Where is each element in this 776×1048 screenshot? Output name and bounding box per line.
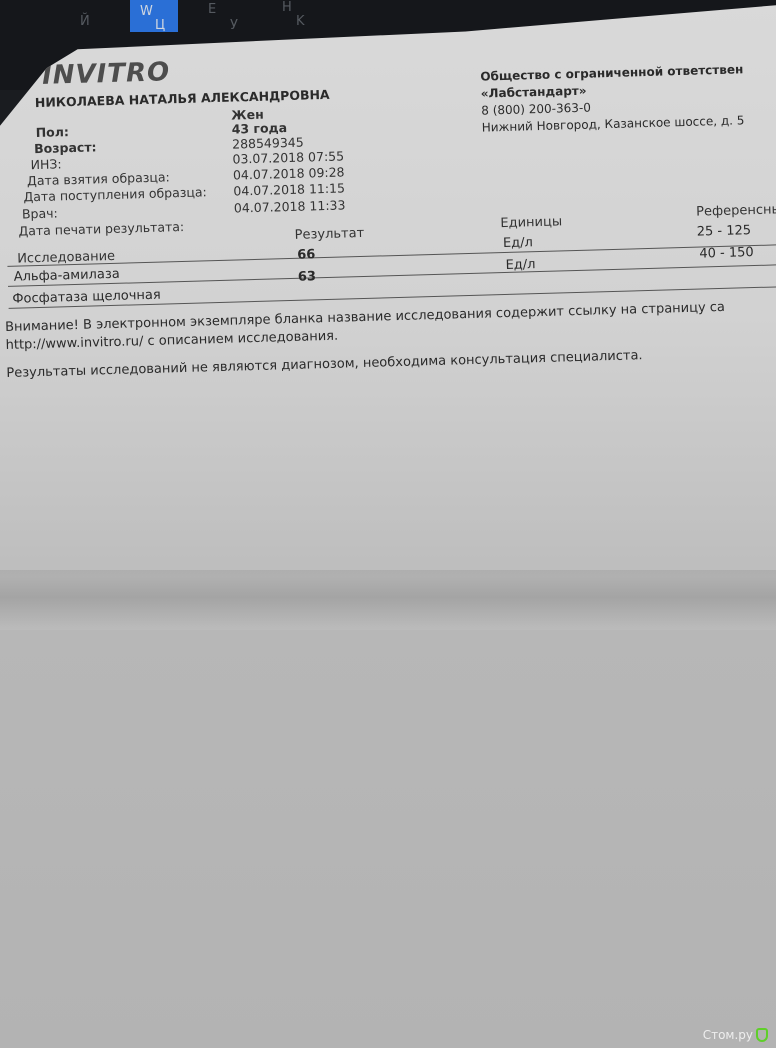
keyboard-key: Й — [80, 14, 90, 29]
tooth-icon — [756, 1028, 768, 1042]
table-divider — [8, 264, 776, 287]
info-value-receipt-date: 04.07.2018 09:28 — [233, 164, 345, 182]
paper-fold — [0, 570, 776, 630]
info-label-print-date: Дата печати результата: — [18, 219, 184, 239]
keyboard-key: E — [208, 2, 216, 17]
keyboard-key: У — [230, 18, 238, 33]
watermark-text: Стом.ру — [703, 1028, 753, 1042]
info-label-age: Возраст: — [34, 139, 97, 156]
keyboard-key-highlight — [130, 0, 178, 32]
table-header-units: Единицы — [500, 214, 562, 231]
keyboard-key: H — [282, 0, 292, 15]
info-value-print-date: 04.07.2018 11:33 — [234, 197, 346, 215]
stom-watermark: Стом.ру — [703, 1028, 768, 1042]
keyboard-key: K — [296, 14, 305, 29]
info-value-sample-date: 03.07.2018 07:55 — [232, 148, 344, 166]
row-units: Ед/л — [505, 257, 535, 273]
info-value-age: 43 года — [231, 120, 287, 137]
organization-block: Общество с ограниченной ответствен «Лабс… — [480, 61, 745, 136]
row-result: 63 — [298, 269, 317, 284]
keyboard-key: W — [140, 4, 153, 19]
row-units: Ед/л — [503, 235, 533, 251]
row-test: Альфа-амилаза — [14, 267, 120, 285]
row-result: 66 — [297, 247, 316, 262]
table-header-result: Результат — [294, 226, 364, 243]
table-header-reference: Референсны — [696, 202, 776, 219]
invitro-logo: INVITRO — [42, 57, 171, 91]
keyboard-key: Ц — [155, 18, 165, 33]
info-label-inz: ИНЗ: — [30, 156, 61, 172]
info-label-sex: Пол: — [36, 124, 70, 140]
lab-report-paper: INVITRO НИКОЛАЕВА НАТАЛЬЯ АЛЕКСАНДРОВНА … — [0, 0, 776, 1048]
row-reference: 25 - 125 — [697, 223, 752, 240]
note-disclaimer: Результаты исследований не являются диаг… — [6, 348, 643, 381]
info-value-doctor: 04.07.2018 11:15 — [233, 180, 345, 198]
patient-name: НИКОЛАЕВА НАТАЛЬЯ АЛЕКСАНДРОВНА — [35, 87, 330, 110]
report-content: INVITRO НИКОЛАЕВА НАТАЛЬЯ АЛЕКСАНДРОВНА … — [0, 0, 776, 400]
table-divider — [7, 244, 776, 267]
info-label-doctor: Врач: — [22, 205, 58, 221]
row-reference: 40 - 150 — [699, 245, 754, 262]
